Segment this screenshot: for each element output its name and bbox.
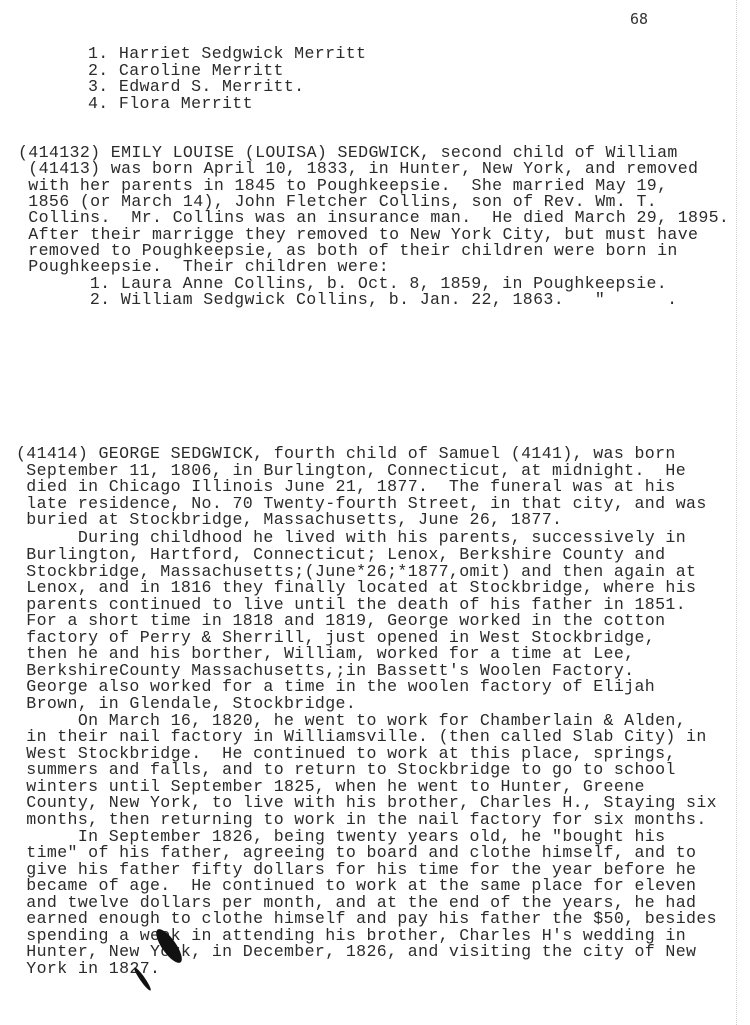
text-line: (41414) GEORGE SEDGWICK, fourth child of… bbox=[16, 446, 676, 462]
text-line: in their nail factory in Williamsville. … bbox=[16, 729, 707, 745]
text-line: (41413) was born April 10, 1833, in Hunt… bbox=[18, 161, 698, 177]
text-line: earned enough to clothe himself and pay … bbox=[16, 911, 717, 927]
text-line: George also worked for a time in the woo… bbox=[16, 679, 655, 695]
text-line: Hunter, New York, in December, 1826, and… bbox=[16, 944, 696, 960]
text-line: died in Chicago Illinois June 21, 1877. … bbox=[16, 479, 676, 495]
text-line: Poughkeepsie. Their children were: bbox=[18, 259, 389, 275]
text-line: summers and falls, and to return to Stoc… bbox=[16, 762, 676, 778]
document-page: 68 1. Harriet Sedgwick Merritt 2. Caroli… bbox=[0, 0, 750, 1025]
page-edge-divider bbox=[736, 0, 737, 1025]
text-line: time" of his father, agreeing to board a… bbox=[16, 845, 696, 861]
page-number: 68 bbox=[630, 10, 648, 28]
text-line: months, then returning to work in the na… bbox=[16, 812, 707, 828]
text-line: became of age. He continued to work at t… bbox=[16, 878, 696, 894]
list-item: 3. Edward S. Merritt. bbox=[88, 79, 304, 95]
text-line: For a short time in 1818 and 1819, Georg… bbox=[16, 613, 665, 629]
text-line: Burlington, Hartford, Connecticut; Lenox… bbox=[16, 547, 665, 563]
list-item: 1. Harriet Sedgwick Merritt bbox=[88, 46, 366, 62]
text-line: Brown, in Glendale, Stockbridge. bbox=[16, 696, 356, 712]
text-line: Lenox, and in 1816 they finally located … bbox=[16, 580, 696, 596]
text-line: During childhood he lived with his paren… bbox=[16, 530, 686, 546]
text-line: Collins. Mr. Collins was an insurance ma… bbox=[18, 210, 729, 226]
list-item: 4. Flora Merritt bbox=[88, 96, 253, 112]
text-line: County, New York, to live with his broth… bbox=[16, 795, 717, 811]
child-list-item: 2. William Sedgwick Collins, b. Jan. 22,… bbox=[28, 292, 677, 308]
text-line: buried at Stockbridge, Massachusetts, Ju… bbox=[16, 512, 562, 528]
text-line: then he and his borther, William, worked… bbox=[16, 646, 634, 662]
